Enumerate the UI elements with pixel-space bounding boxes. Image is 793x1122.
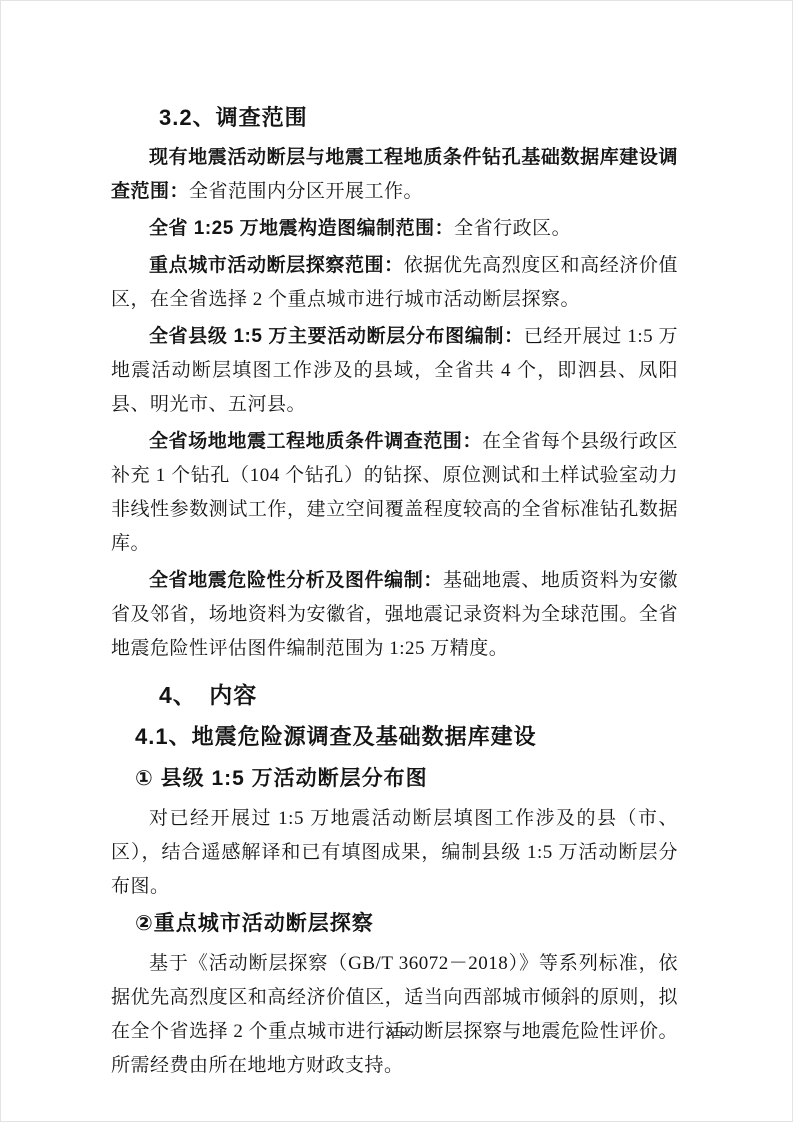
paragraph-text: 全省范围内分区开展工作。 [189, 181, 423, 202]
paragraph-text: 基于《活动断层探察（GB/T 36072－2018）》等系列标准，依据优先高烈度… [111, 953, 678, 1076]
paragraph-county-fault-detail: 对已经开展过 1:5 万地震活动断层填图工作涉及的县（市、区），结合遥感解译和已… [111, 802, 678, 904]
paragraph-database-survey-scope: 现有地震活动断层与地震工程地质条件钻孔基础数据库建设调查范围：全省范围内分区开展… [111, 141, 678, 209]
paragraph-lead: 全省县级 1:5 万主要活动断层分布图编制： [149, 326, 524, 347]
section-heading-4: 4、 内容 [159, 678, 678, 712]
paragraph-key-city-fault-scope: 重点城市活动断层探察范围：依据优先高烈度区和高经济价值区，在全省选择 2 个重点… [111, 249, 678, 317]
paragraph-lead: 重点城市活动断层探察范围： [149, 255, 404, 276]
paragraph-hazard-analysis-mapping: 全省地震危险性分析及图件编制：基础地震、地质资料为安徽省及邻省，场地资料为安徽省… [111, 564, 678, 666]
paragraph-text: 全省行政区。 [454, 218, 571, 239]
paragraph-key-city-fault-detail: 基于《活动断层探察（GB/T 36072－2018）》等系列标准，依据优先高烈度… [111, 947, 678, 1083]
paragraph-lead: 全省场地地震工程地质条件调查范围： [149, 431, 482, 452]
item-heading-1-county-fault-map: ① 县级 1:5 万活动断层分布图 [135, 762, 678, 796]
paragraph-text: 对已经开展过 1:5 万地震活动断层填图工作涉及的县（市、区），结合遥感解译和已… [111, 808, 678, 897]
paragraph-site-geology-scope: 全省场地地震工程地质条件调查范围：在全省每个县级行政区补充 1 个钻孔（104 … [111, 425, 678, 561]
paragraph-lead: 全省地震危险性分析及图件编制： [149, 570, 443, 591]
paragraph-lead: 全省 1:25 万地震构造图编制范围： [149, 218, 454, 239]
page-number: 319 [386, 1024, 408, 1039]
item-heading-2-key-city-fault: ②重点城市活动断层探察 [135, 907, 678, 941]
page-footer: 319 [1, 1023, 792, 1041]
document-page: { "colors": { "page_background": "#fffff… [0, 0, 793, 1122]
section-heading-3-2: 3.2、调查范围 [159, 101, 678, 135]
paragraph-tectonic-map-scope: 全省 1:25 万地震构造图编制范围：全省行政区。 [111, 212, 678, 246]
paragraph-county-fault-map: 全省县级 1:5 万主要活动断层分布图编制：已经开展过 1:5 万地震活动断层填… [111, 320, 678, 422]
document-content: 3.2、调查范围 现有地震活动断层与地震工程地质条件钻孔基础数据库建设调查范围：… [111, 101, 678, 1086]
section-heading-4-1: 4.1、地震危险源调查及基础数据库建设 [135, 720, 678, 754]
